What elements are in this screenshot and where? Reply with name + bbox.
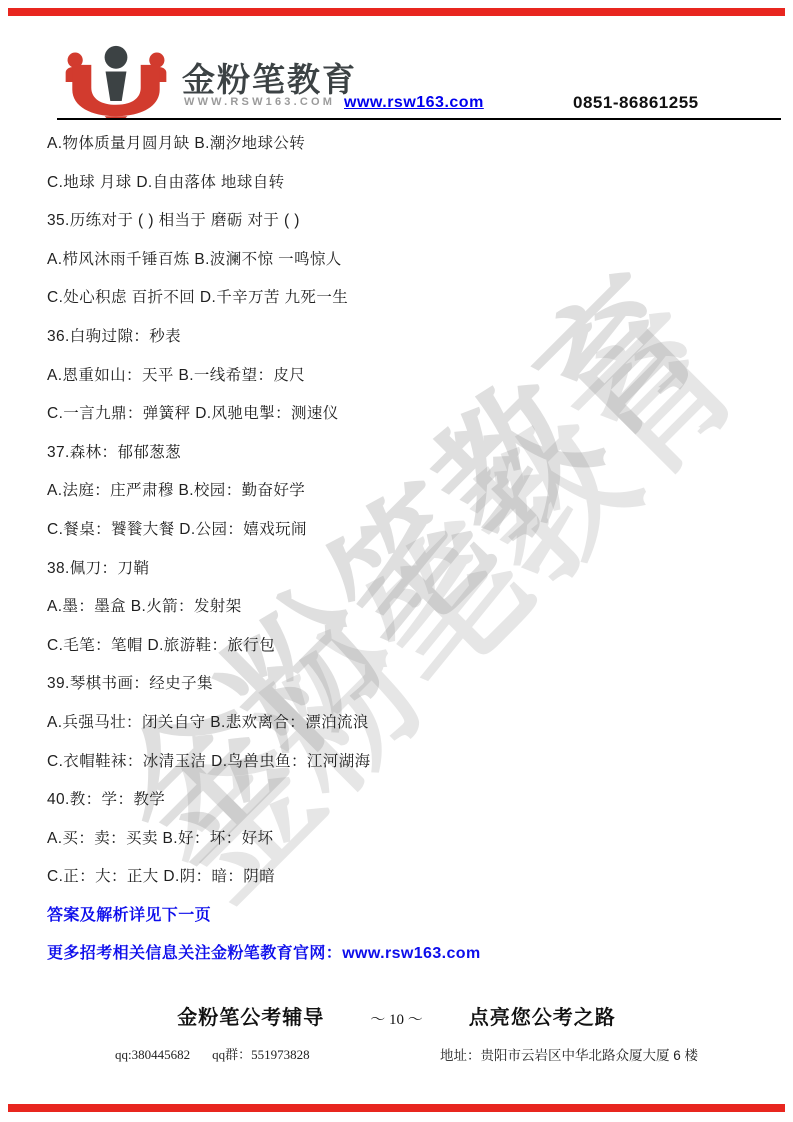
qq-group-number: qq群：551973828 bbox=[212, 1047, 310, 1062]
question-line: C.处心积虑 百折不回 D.千辛万苦 九死一生 bbox=[47, 287, 747, 326]
question-line: C.餐桌：饕餮大餐 D.公园：嬉戏玩闹 bbox=[47, 519, 747, 558]
footer-slogan: 点亮您公考之路 bbox=[469, 1001, 616, 1030]
question-line: 39.琴棋书画：经史子集 bbox=[47, 673, 747, 712]
footer-course-title: 金粉笔公考辅导 bbox=[177, 1001, 324, 1030]
document-page: 金粉笔教育 WWW.RSW163.COM www.rsw163.com 0851… bbox=[0, 0, 793, 1122]
question-line: A.栉风沐雨千锤百炼 B.波澜不惊 一鸣惊人 bbox=[47, 249, 747, 288]
header-website-link[interactable]: www.rsw163.com bbox=[344, 94, 484, 112]
question-line: C.正：大：正大 D.阴：暗：阴暗 bbox=[47, 866, 747, 905]
header-phone-number: 0851-86861255 bbox=[573, 93, 699, 113]
question-line: 36.白驹过隙：秒表 bbox=[47, 326, 747, 365]
brand-logo: 金粉笔教育 WWW.RSW163.COM bbox=[58, 42, 338, 120]
question-line: 40.教：学：教学 bbox=[47, 789, 747, 828]
question-line: A.恩重如山：天平 B.一线希望：皮尺 bbox=[47, 365, 747, 404]
question-line: 37.森林：郁郁葱葱 bbox=[47, 442, 747, 481]
brand-logo-icon bbox=[58, 44, 174, 120]
page-number: ～ 10 ～ bbox=[370, 1008, 423, 1029]
notice-line: 答案及解析详见下一页 bbox=[47, 905, 747, 944]
question-line: A.法庭：庄严肃穆 B.校园：勤奋好学 bbox=[47, 480, 747, 519]
question-line: 35.历练对于 ( ) 相当于 磨砺 对于 ( ) bbox=[47, 210, 747, 249]
footer-banner: 金粉笔公考辅导 ～ 10 ～ 点亮您公考之路 bbox=[0, 1001, 793, 1030]
question-line: A.物体质量月圆月缺 B.潮汐地球公转 bbox=[47, 133, 747, 172]
footer-address: 地址：贵阳市云岩区中华北路众厦大厦 6 楼 bbox=[440, 1044, 698, 1064]
question-line: C.衣帽鞋袜：冰清玉洁 D.鸟兽虫鱼：江河湖海 bbox=[47, 751, 747, 790]
question-line: 38.佩刀：刀鞘 bbox=[47, 558, 747, 597]
brand-name: 金粉笔教育 bbox=[182, 54, 357, 101]
question-line: A.买：卖：买卖 B.好：坏：好坏 bbox=[47, 828, 747, 867]
notice-line: 更多招考相关信息关注金粉笔教育官网：www.rsw163.com bbox=[47, 943, 747, 982]
question-line: C.毛笔：笔帽 D.旅游鞋：旅行包 bbox=[47, 635, 747, 674]
question-line: C.一言九鼎：弹簧秤 D.风驰电掣：测速仪 bbox=[47, 403, 747, 442]
question-line: A.兵强马壮：闭关自守 B.悲欢离合：漂泊流浪 bbox=[47, 712, 747, 751]
content-lines: A.物体质量月圆月缺 B.潮汐地球公转C.地球 月球 D.自由落体 地球自转35… bbox=[47, 133, 747, 982]
question-line: A.墨：墨盒 B.火箭：发射架 bbox=[47, 596, 747, 635]
brand-site-text: WWW.RSW163.COM bbox=[184, 96, 335, 108]
qq-number: qq:380445682 bbox=[115, 1047, 190, 1062]
footer-qq-info: qq:380445682qq群：551973828 bbox=[115, 1044, 310, 1063]
question-line: C.地球 月球 D.自由落体 地球自转 bbox=[47, 172, 747, 211]
header-divider bbox=[57, 118, 781, 120]
bottom-red-bar bbox=[8, 1104, 785, 1112]
top-red-bar bbox=[8, 8, 785, 16]
